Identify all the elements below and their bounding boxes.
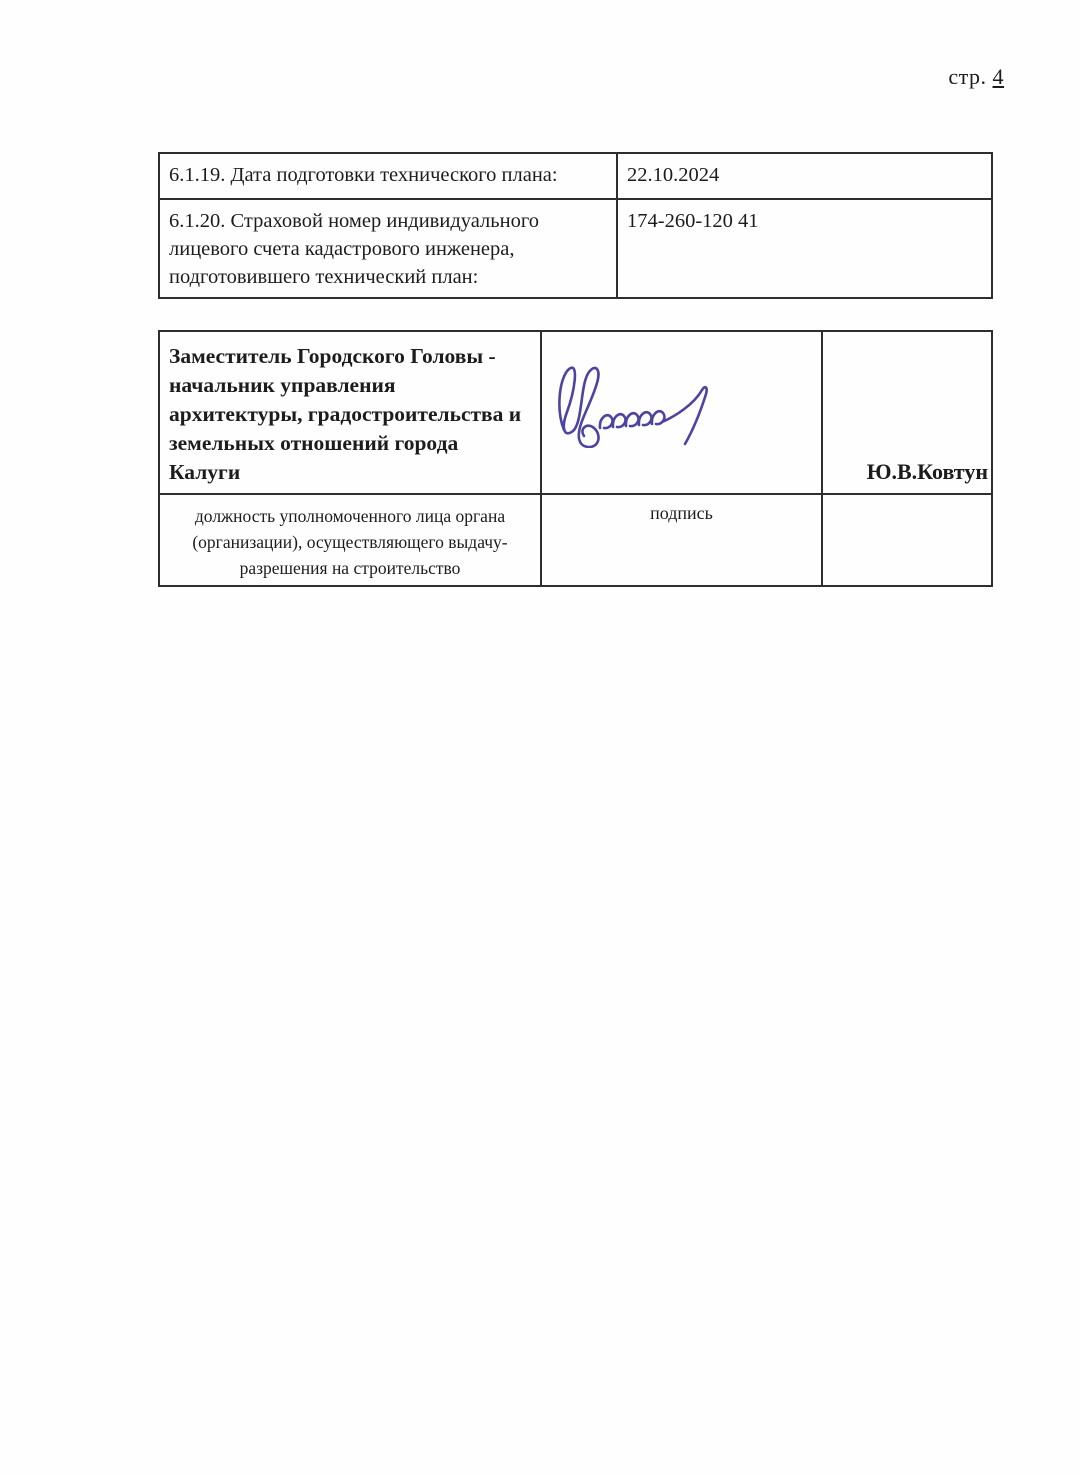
caption-row: должность уполномоченного лица органа (о… <box>159 494 992 586</box>
signer-name: Ю.В.Ковтун <box>822 331 992 494</box>
attribute-value-6-1-19: 22.10.2024 <box>617 153 992 199</box>
signature-table: Заместитель Городского Головы - начальни… <box>158 330 993 587</box>
signer-position-title: Заместитель Городского Головы - начальни… <box>159 331 541 494</box>
technical-plan-table: 6.1.19. Дата подготовки технического пла… <box>158 152 993 299</box>
signature-cell <box>541 331 822 494</box>
page-number: стр.4 <box>948 64 1004 90</box>
page-number-label: стр. <box>948 64 986 89</box>
signature-row: Заместитель Городского Головы - начальни… <box>159 331 992 494</box>
document-page: стр.4 6.1.19. Дата подготовки техническо… <box>0 0 1080 1475</box>
signature-caption: подпись <box>541 494 822 586</box>
handwritten-signature-icon <box>550 352 755 448</box>
table-row: 6.1.19. Дата подготовки технического пла… <box>159 153 992 199</box>
position-caption: должность уполномоченного лица органа (о… <box>159 494 541 586</box>
attribute-value-6-1-20: 174-260-120 41 <box>617 199 992 298</box>
attribute-label-6-1-20: 6.1.20. Страховой номер индивидуального … <box>159 199 617 298</box>
signature-stroke <box>559 368 706 447</box>
empty-cell <box>822 494 992 586</box>
table-row: 6.1.20. Страховой номер индивидуального … <box>159 199 992 298</box>
attribute-label-6-1-19: 6.1.19. Дата подготовки технического пла… <box>159 153 617 199</box>
page-number-value: 4 <box>993 64 1005 89</box>
